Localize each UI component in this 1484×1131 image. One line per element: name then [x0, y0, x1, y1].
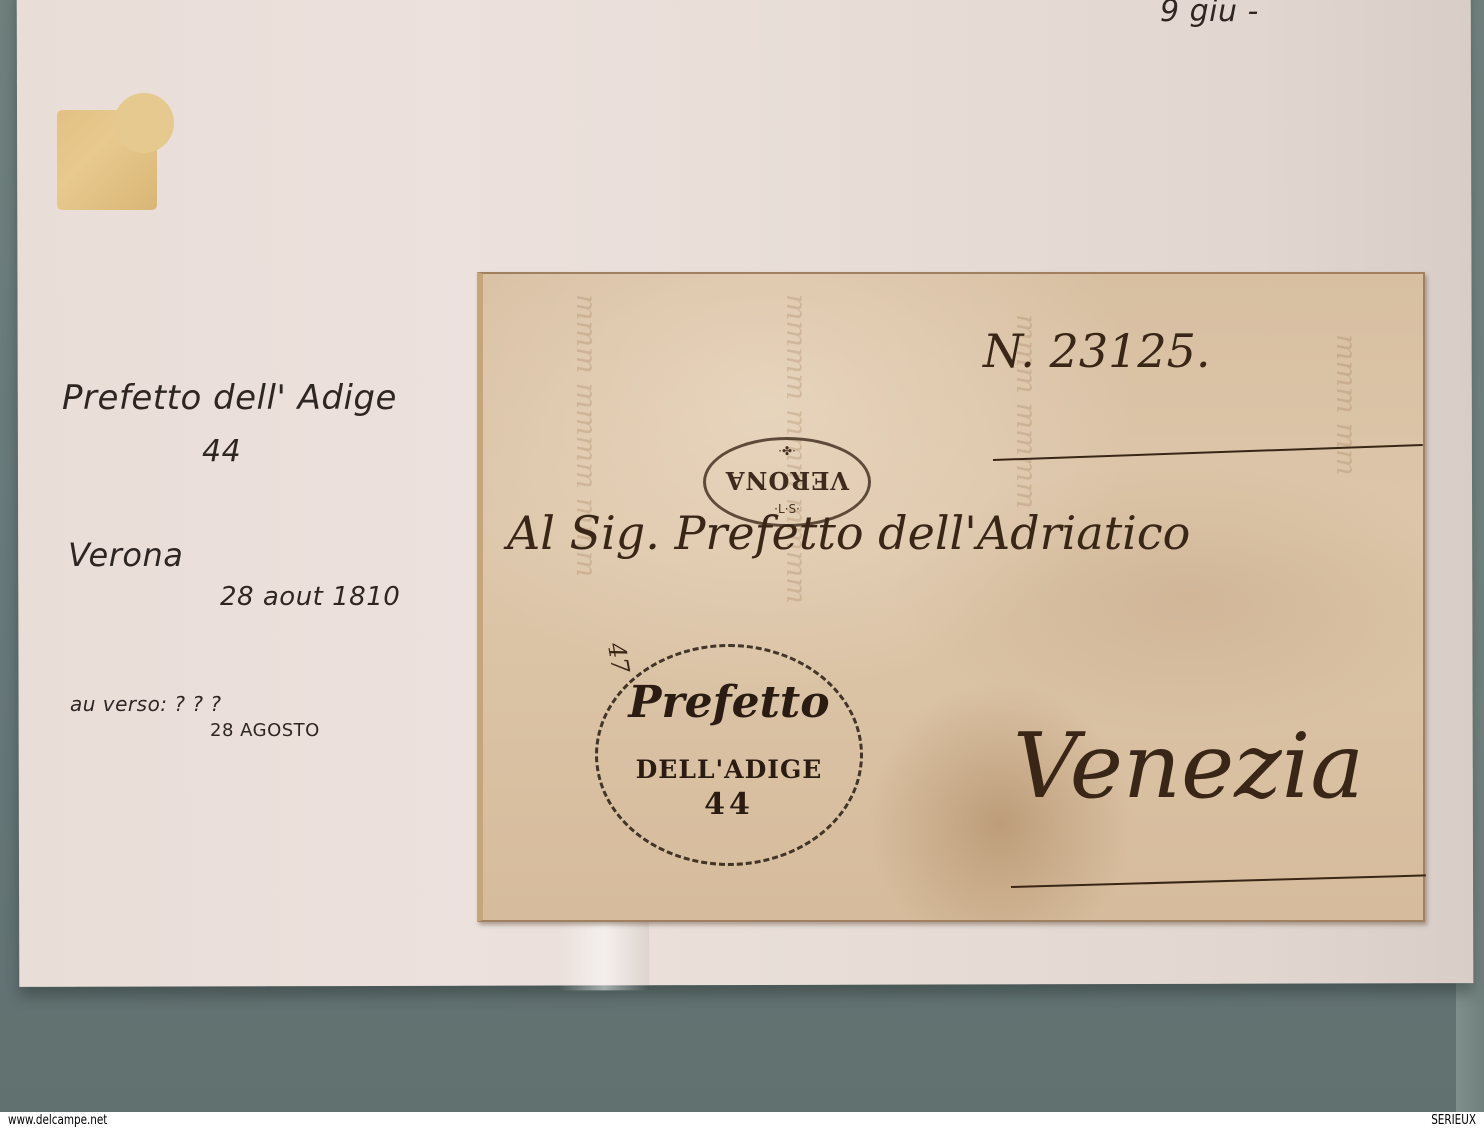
note-number: 44 [202, 434, 241, 469]
note-verso-label: au verso: ? ? ? [70, 692, 221, 716]
manuscript-mark: 47 [602, 641, 635, 676]
seller-name: SERIEUX [1431, 1113, 1476, 1128]
note-top-right: 9 giu - [1160, 0, 1259, 29]
prefetto-stamp-number: 44 [598, 787, 860, 822]
note-city: Verona [68, 536, 183, 574]
note-title: Prefetto dell' Adige [62, 378, 397, 418]
stamp-hinge [57, 93, 174, 210]
prefetto-stamp-script: Prefetto [598, 677, 860, 728]
verona-postmark-text: VERONA [706, 466, 868, 495]
page-fold [559, 910, 649, 990]
address-line: Al Sig. Prefetto dell'Adriatico [507, 506, 1190, 560]
watermark-text: www.delcampe.net [8, 1113, 107, 1128]
prefetto-stamp-department: DELL'ADIGE [598, 755, 860, 784]
note-date: 28 aout 1810 [220, 582, 400, 612]
reference-number: N. 23125. [983, 324, 1211, 378]
photo: 9 giu - Prefetto dell' Adige 44 Verona 2… [0, 0, 1484, 1112]
prefetto-dell-adige-stamp: Prefetto DELL'ADIGE 44 [595, 644, 863, 866]
letter-cover: mmm mmmm mmm mmmm mmm mmmm mmm mmmm mmm … [477, 272, 1425, 922]
footer-bar: www.delcampe.net SERIEUX [0, 1112, 1484, 1131]
note-verso-date: 28 AGOSTO [210, 720, 320, 741]
destination-underline [1011, 874, 1426, 888]
destination: Venezia [1013, 714, 1364, 819]
